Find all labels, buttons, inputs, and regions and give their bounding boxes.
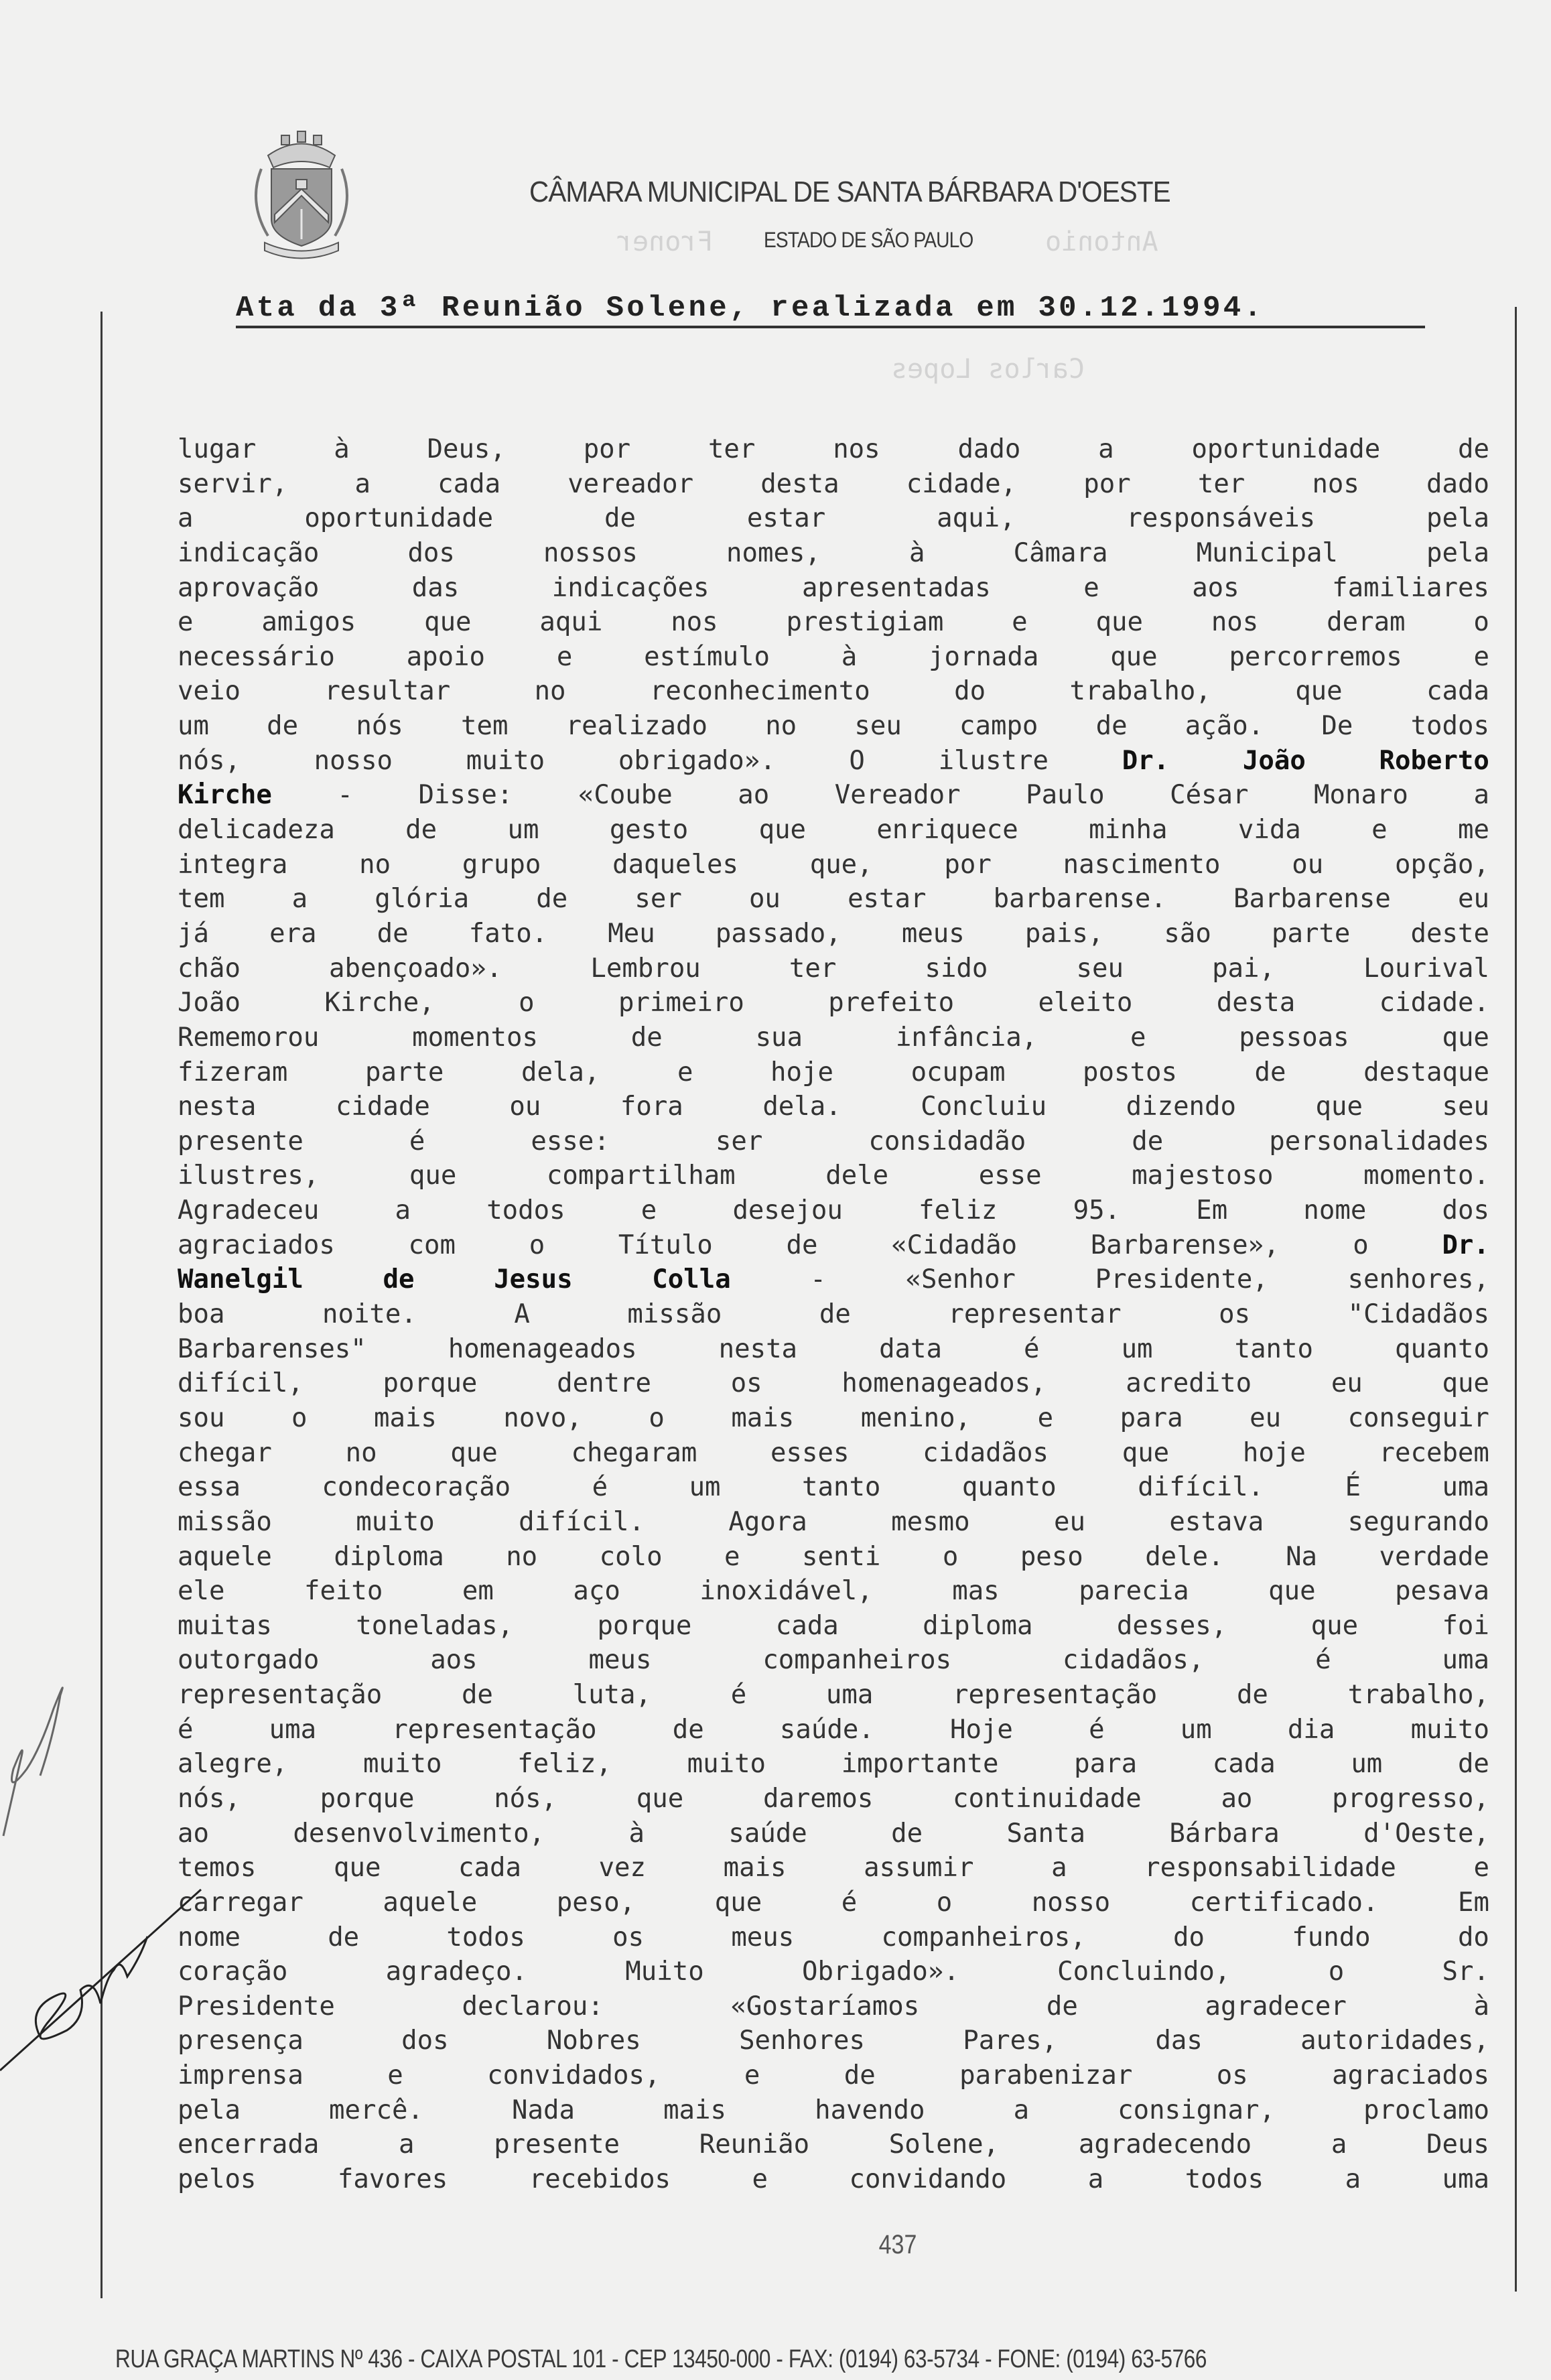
minutes-line: souomaisnovo,omaismenino,eparaeuconsegui… [178,1401,1489,1436]
minutes-line: temosquecadavezmaisassumiraresponsabilid… [178,1851,1489,1886]
right-margin-line [1515,307,1517,2292]
minutes-line: éumarepresentaçãodesaúde.Hojeéumdiamuito [178,1713,1489,1747]
minutes-line: nestacidadeouforadela.Concluiudizendoque… [178,1089,1489,1124]
minutes-line: aquelediplomanocoloesentiopesodele.Naver… [178,1540,1489,1575]
left-margin-line [100,312,103,2298]
minutes-line: imprensaeconvidados,edeparabenizarosagra… [178,2058,1489,2093]
minutes-line: servir,acadavereadordestacidade,porterno… [178,467,1489,502]
minutes-line: encerradaapresenteReuniãoSolene,agradece… [178,2127,1489,2162]
minutes-line: aodesenvolvimento,àsaúdedeSantaBárbarad'… [178,1816,1489,1851]
minutes-line: representaçãodeluta,éumarepresentaçãodet… [178,1678,1489,1713]
minutes-line: Presidentedeclarou:«Gostaríamosdeagradec… [178,1989,1489,2024]
minutes-line: umdenóstemrealizadonoseucampodeação.Deto… [178,709,1489,744]
minutes-body: lugaràDeus,porternosdadoaoportunidadedes… [178,432,1489,2197]
ghost-stamp: Antonio [1045,226,1158,257]
minutes-line: jáeradefato.Meupassado,meuspais,sãoparte… [178,917,1489,951]
minutes-line: nós,porquenós,quedaremoscontinuidadeaopr… [178,1782,1489,1816]
institution-name: CÂMARA MUNICIPAL DE SANTA BÁRBARA D'OEST… [529,176,1207,209]
state-name: ESTADO DE SÃO PAULO [764,228,973,253]
minutes-line: indicaçãodosnossosnomes,àCâmaraMunicipal… [178,536,1489,571]
minutes-line: coraçãoagradeço.MuitoObrigado».Concluind… [178,1955,1489,1989]
minutes-line: pelamercê.Nadamaishavendoaconsignar,proc… [178,2093,1489,2128]
coat-of-arms-icon [241,129,362,263]
minutes-line: WanelgildeJesusColla-«SenhorPresidente,s… [178,1262,1489,1297]
minutes-line: nós,nossomuitoobrigado».OilustreDr.JoãoR… [178,744,1489,779]
minutes-line: agraciadoscomoTítulode«CidadãoBarbarense… [178,1228,1489,1263]
minutes-line: integranogrupodaquelesque,pornascimentoo… [178,848,1489,882]
minutes-line: chãoabençoado».Lembroutersidoseupai,Lour… [178,951,1489,986]
minutes-line: alegre,muitofeliz,muitoimportanteparacad… [178,1747,1489,1782]
minutes-line: outorgadoaosmeuscompanheiroscidadãos,éum… [178,1643,1489,1678]
ghost-stamp: Froner [616,226,714,257]
minutes-line: fizerampartedela,ehojeocupampostosdedest… [178,1055,1489,1090]
minutes-line: Barbarenses"homenageadosnestadataéumtant… [178,1332,1489,1367]
minutes-line: carregaraquelepeso,queéonossocertificado… [178,1886,1489,1920]
minutes-line: veioresultarnoreconhecimentodotrabalho,q… [178,674,1489,709]
minutes-line: JoãoKirche,oprimeiroprefeitoeleitodestac… [178,986,1489,1020]
minutes-line: aoportunidadedeestaraqui,responsáveispel… [178,501,1489,536]
minutes-line: lugaràDeus,porternosdadoaoportunidadede [178,432,1489,467]
minutes-line: elefeitoemaçoinoxidável,maspareciaquepes… [178,1574,1489,1609]
minutes-line: pelosfavoresrecebidoseconvidandoatodosau… [178,2162,1489,2197]
minutes-line: ilustres,quecompartilhamdeleessemajestos… [178,1159,1489,1193]
minutes-line: presençadosNobresSenhoresPares,dasautori… [178,2024,1489,2058]
minutes-line: presenteéesse:serconsidadãodepersonalida… [178,1124,1489,1159]
document-title: Ata da 3ª Reunião Solene, realizada em 3… [236,292,1425,328]
document-page: CÂMARA MUNICIPAL DE SANTA BÁRBARA D'OEST… [0,0,1551,2380]
ghost-stamp: Carlos Lopes [891,354,1085,385]
minutes-line: essacondecoraçãoéumtantoquantodifícil.Éu… [178,1470,1489,1505]
minutes-line: temaglóriadeserouestarbarbarense.Barbare… [178,882,1489,917]
minutes-line: muitastoneladas,porquecadadiplomadesses,… [178,1609,1489,1644]
signature-initials-icon [0,1668,80,1843]
minutes-line: eamigosqueaquinosprestigiamequenosderamo [178,605,1489,640]
minutes-line: chegarnoquechegaramessescidadãosquehojer… [178,1436,1489,1471]
footer-address: RUA GRAÇA MARTINS Nº 436 - CAIXA POSTAL … [115,2345,1305,2374]
minutes-line: missãomuitodifícil.Agoramesmoeuestavaseg… [178,1505,1489,1540]
minutes-line: Kirche-Disse:«CoubeaoVereadorPauloCésarM… [178,778,1489,813]
minutes-line: Agradeceuatodosedesejoufeliz95.Emnomedos [178,1193,1489,1228]
minutes-line: Rememoroumomentosdesuainfância,epessoasq… [178,1020,1489,1055]
minutes-line: delicadezadeumgestoqueenriqueceminhavida… [178,813,1489,848]
minutes-line: aprovaçãodasindicaçõesapresentadaseaosfa… [178,571,1489,606]
page-number: 437 [875,2230,921,2260]
minutes-line: boanoite.Amissãoderepresentaros"Cidadãos [178,1297,1489,1332]
minutes-line: difícil,porquedentreoshomenageados,acred… [178,1366,1489,1401]
minutes-line: necessárioapoioeestímuloàjornadaqueperco… [178,640,1489,675]
minutes-line: nomedetodososmeuscompanheiros,dofundodo [178,1920,1489,1955]
